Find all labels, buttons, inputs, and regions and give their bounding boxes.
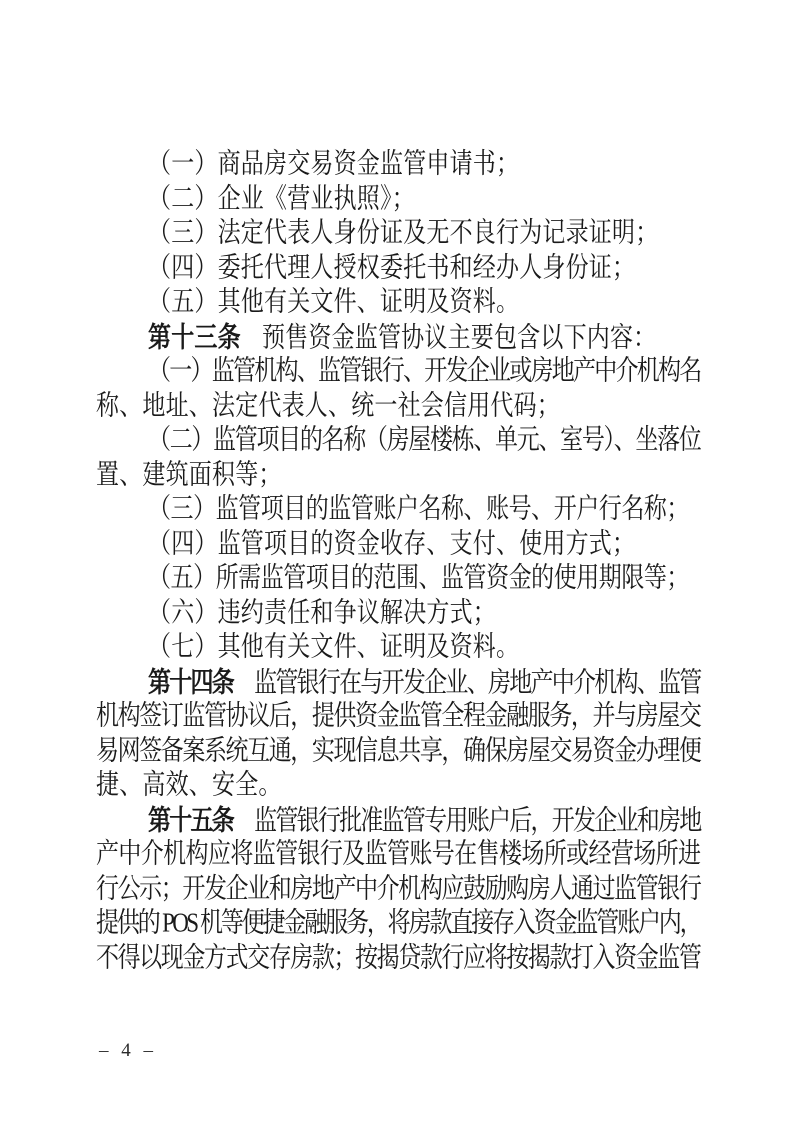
line-text: 提供的 POS 机等便捷金融服务，将房款直接存入资金监管账户内， (96, 907, 700, 937)
line-text: 机构签订监管协议后，提供资金监管全程金融服务，并与房屋交 (96, 700, 700, 730)
line-text: 易网签备案系统互通，实现信息共享，确保房屋交易资金办理便 (96, 735, 700, 765)
line-text: （三）监管项目的监管账户名称、账号、开户行名称； (148, 493, 689, 523)
line-text: （四）委托代理人授权委托书和经办人身份证； (148, 252, 635, 282)
line-text: 监管银行在与开发企业、房地产中介机构、监管 (254, 667, 700, 697)
line-text: （二）监管项目的名称（房屋楼栋、单元、室号）、坐落位 (148, 424, 700, 454)
article-number: 第十四条 (148, 666, 233, 697)
line-text: （五）所需监管项目的范围、监管资金的使用期限等； (148, 562, 689, 592)
line-text: （四）监管项目的资金收存、支付、使用方式； (148, 528, 635, 558)
line-text: 预售资金监管协议主要包含以下内容： (262, 322, 656, 352)
text-line: 不得以现金方式交存房款；按揭贷款行应将按揭款打入资金监管 (96, 937, 700, 978)
line-text: （七）其他有关文件、证明及资料。 (148, 631, 519, 661)
line-text: 捷、高效、安全。 (96, 769, 282, 799)
line-text: 置、建筑面积等； (96, 459, 282, 489)
article-number: 第十三条 (148, 321, 241, 352)
line-text: （二）企业《营业执照》； (148, 183, 415, 213)
line-text: 行公示；开发企业和房地产中介机构应鼓励购房人通过监管银行 (96, 873, 700, 903)
line-text: 不得以现金方式交存房款；按揭贷款行应将按揭款打入资金监管 (96, 942, 700, 972)
document-page: （一）商品房交易资金监管申请书； （二）企业《营业执照》； （三）法定代表人身份… (0, 0, 793, 1122)
line-text: 监管银行批准监管专用账户后，开发企业和房地 (254, 805, 700, 835)
page-number: – 4 – (99, 1040, 157, 1062)
line-text: （一）商品房交易资金监管申请书； (148, 148, 519, 178)
line-text: （五）其他有关文件、证明及资料。 (148, 286, 519, 316)
line-text: （三）法定代表人身份证及无不良行为记录证明； (148, 217, 658, 247)
line-text: 称、地址、法定代表人、统一社会信用代码； (96, 390, 560, 420)
line-text: （一）监管机构、监管银行、开发企业或房地产中介机构名 (148, 355, 700, 385)
line-text: 产中介机构应将监管银行及监管账号在售楼场所或经营场所进 (96, 838, 700, 868)
document-body: （一）商品房交易资金监管申请书； （二）企业《营业执照》； （三）法定代表人身份… (96, 147, 700, 975)
article-number: 第十五条 (148, 804, 233, 835)
line-text: （六）违约责任和争议解决方式； (148, 597, 496, 627)
